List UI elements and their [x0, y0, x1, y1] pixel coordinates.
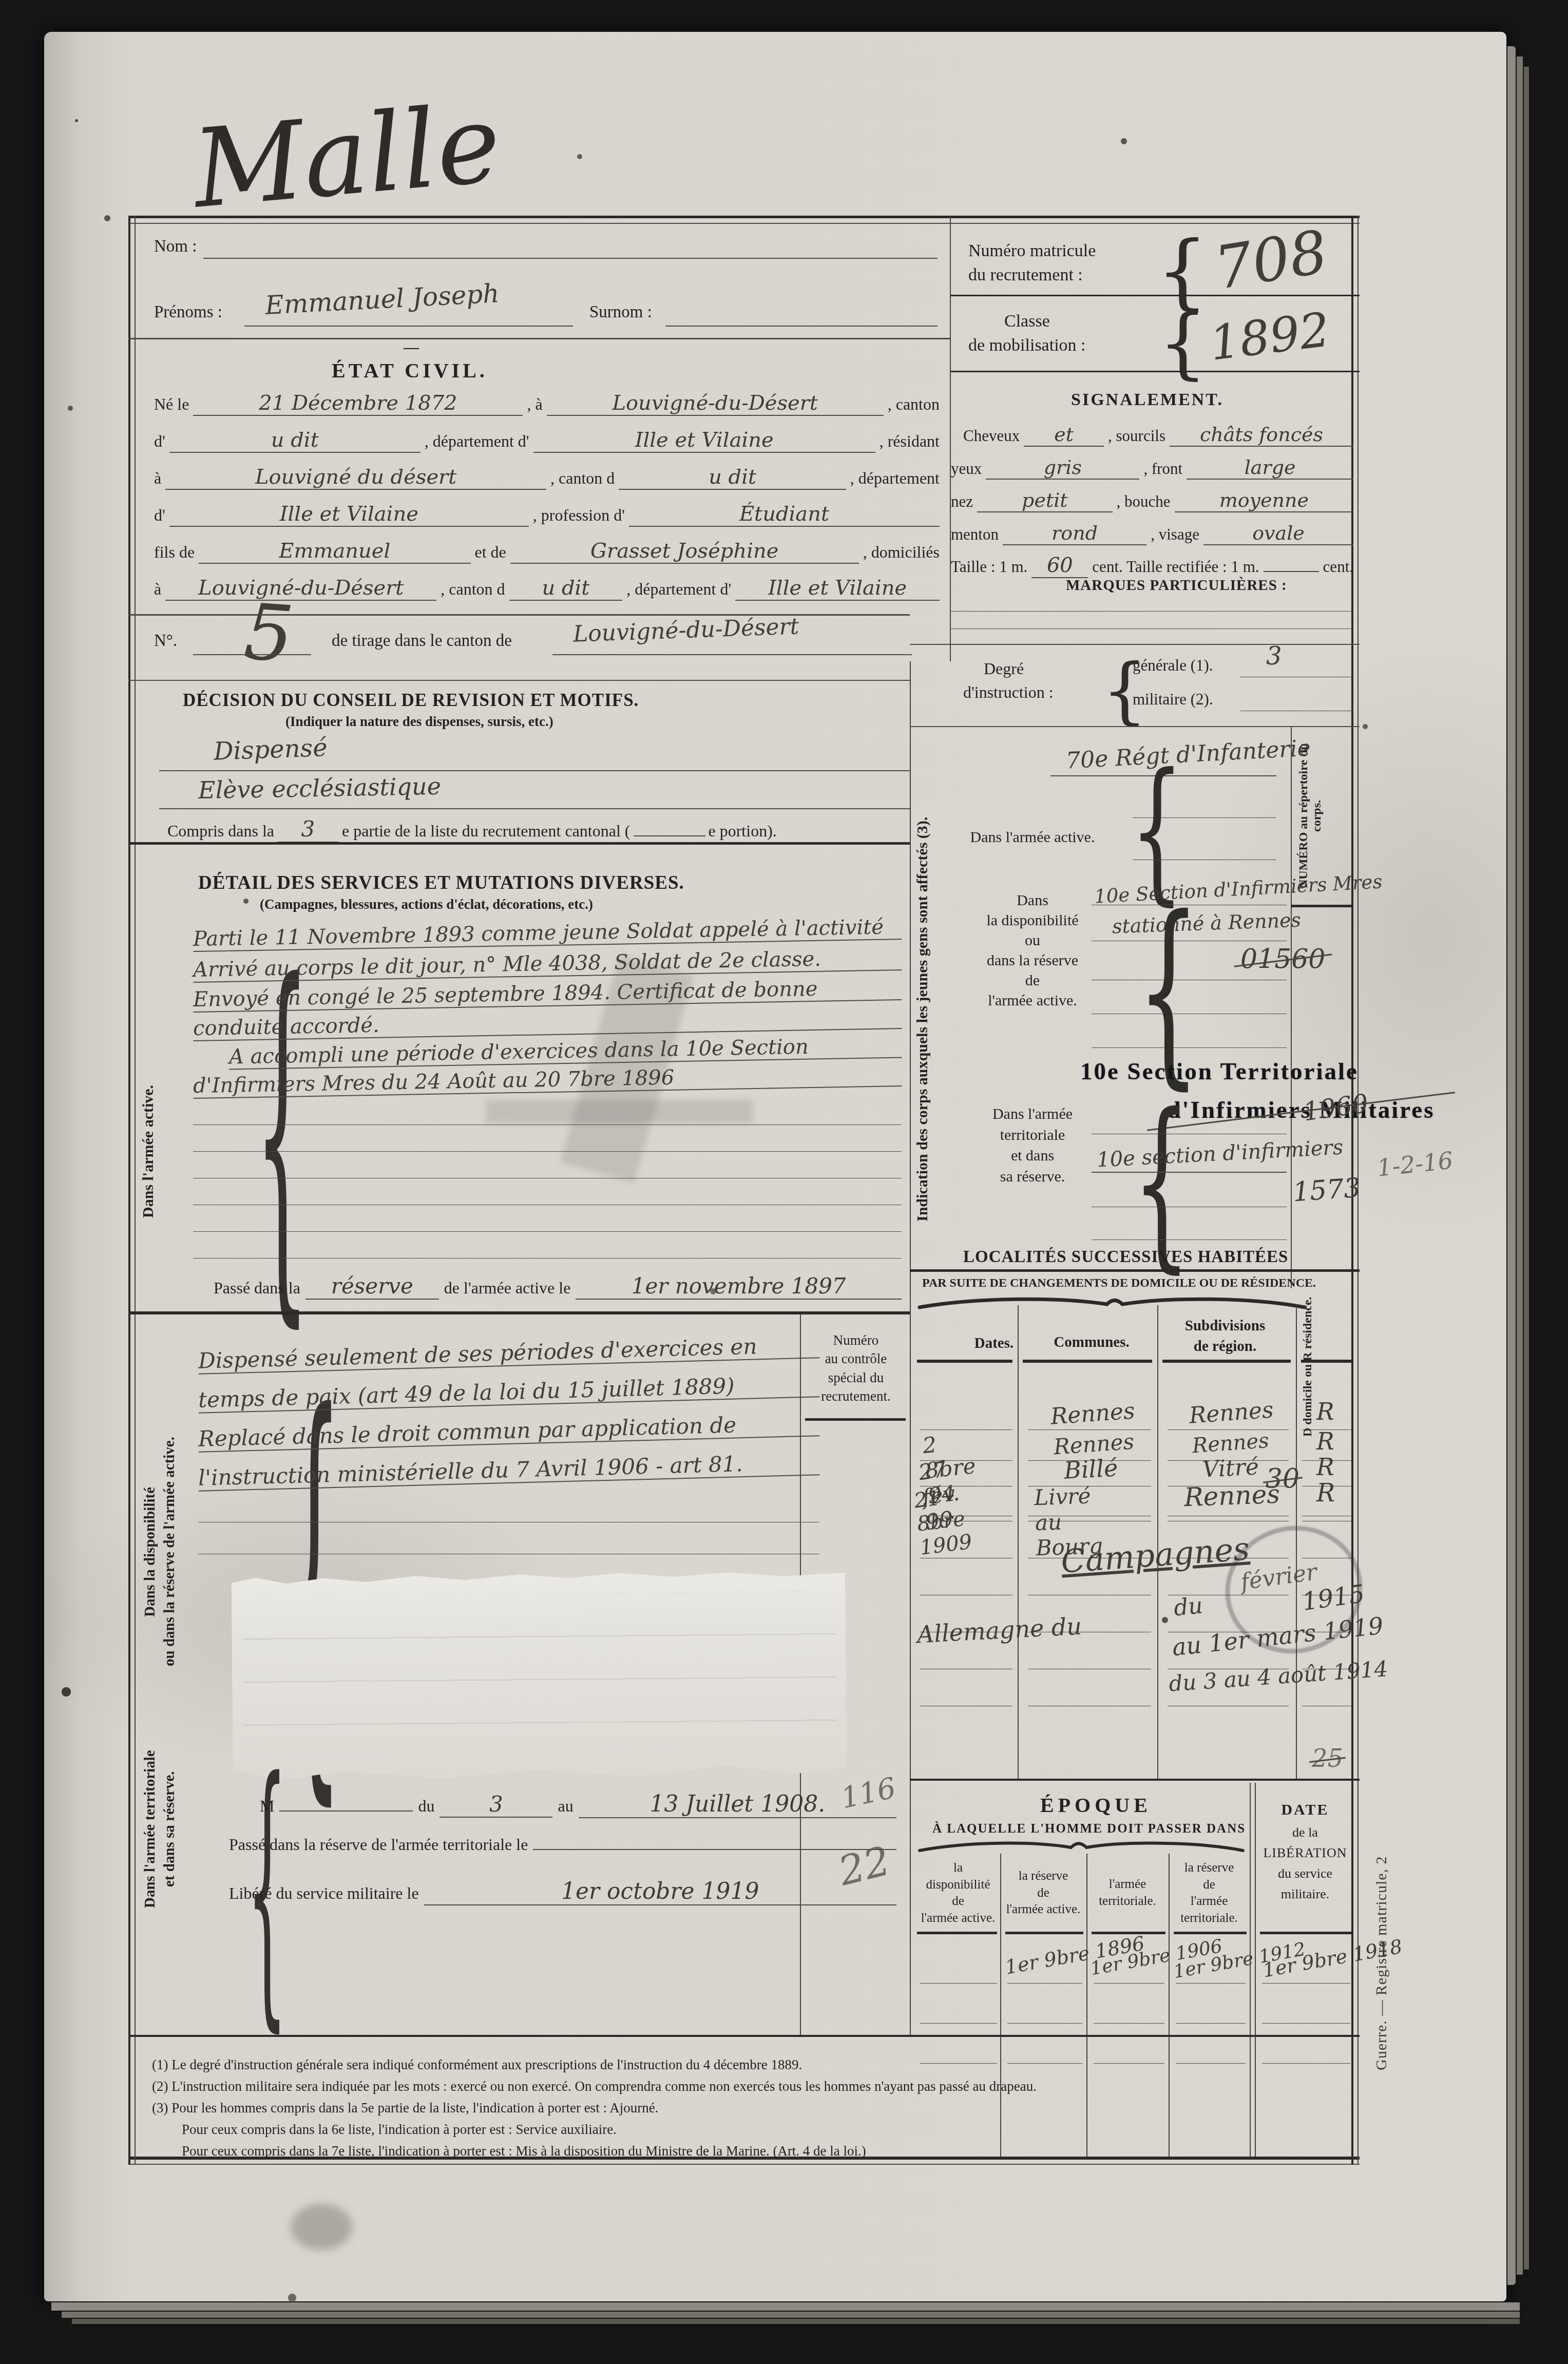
terr-entry-line — [1092, 1172, 1287, 1173]
dispo-label-0: Dans — [948, 890, 1117, 910]
repertoire-header-bar — [1291, 905, 1352, 907]
compris-b: e partie de la liste du recrutement cant… — [342, 822, 630, 841]
yeux-value: gris — [986, 456, 1139, 480]
ec-l1-b: , à — [527, 395, 542, 414]
decision-line2: Elève ecclésiastique — [198, 772, 442, 804]
svc-empty-4 — [193, 1205, 902, 1205]
ec-line1: Né le 21 Décembre 1872 , à Louvigné-du-D… — [154, 391, 940, 416]
classe-label-1: Classe — [1004, 312, 1050, 331]
ec-l5-v2: Grasset Joséphine — [510, 539, 859, 564]
ep-emp-line5 — [1262, 2023, 1350, 2024]
ep-val-line5 — [1262, 1983, 1350, 1984]
loc-empty-b1 — [920, 1558, 1012, 1558]
loc-hbar-1 — [917, 1360, 1012, 1363]
periode-blank1 — [279, 1810, 413, 1812]
decision-line1: Dispensé — [213, 733, 328, 766]
row1-dr: R — [1316, 1398, 1334, 1425]
svc-empty-3 — [193, 1178, 902, 1178]
ep-c4-3: territoriale. — [1172, 1910, 1247, 1927]
dispo-label-3: dans la réserve — [948, 950, 1117, 970]
yeux-label: yeux — [951, 460, 982, 478]
loc-empty-e2 — [1028, 1669, 1151, 1669]
territoriale-stamp-2: d'Infirmiers Militaires — [1167, 1097, 1435, 1123]
ep-v3 — [1169, 1854, 1170, 2157]
tirage-number: 5 — [241, 587, 296, 680]
ec-l4-b: , profession d' — [533, 506, 625, 525]
marques-label: MARQUES PARTICULIÈRES : — [1066, 577, 1287, 594]
dispo-label-block: Dans la disponibilité ou dans la réserve… — [948, 890, 1117, 1011]
page-edge-right-3 — [1524, 67, 1529, 2270]
ec-line3: à Louvigné du désert , canton d u dit , … — [154, 465, 940, 490]
menton-value: rond — [1003, 522, 1146, 545]
compris-c: e portion). — [709, 822, 777, 841]
dispo-empty-2 — [198, 1554, 819, 1554]
militaire-label: militaire (2). — [1133, 690, 1213, 709]
controle-h1: au contrôle — [803, 1349, 909, 1368]
row1-l3 — [1168, 1429, 1289, 1430]
decision-rule1 — [159, 770, 910, 771]
page-edge-bottom-2 — [62, 2312, 1520, 2318]
sig-row-nez: nez petit , bouche moyenne — [951, 489, 1353, 512]
epoque-header-curve — [917, 1839, 1246, 1854]
services-side-label: Dans l'armée active. — [140, 1007, 157, 1295]
frame-bottom2 — [128, 2164, 1360, 2165]
loc-hbar-2 — [1023, 1360, 1152, 1363]
compris-blank — [634, 835, 705, 836]
ec-l5-c: , domiciliés — [863, 543, 940, 562]
ec-l4-v1: Ille et Vilaine — [169, 502, 529, 527]
signalement-title: SIGNALEMENT. — [1071, 390, 1223, 410]
compris-line: Compris dans la 3 e partie de la liste d… — [167, 816, 886, 843]
page-edge-right-1 — [1507, 46, 1516, 2285]
ep-emp2-line4 — [1176, 2063, 1246, 2064]
marques-line2 — [951, 628, 1353, 629]
terr-label-2: et dans — [948, 1146, 1117, 1167]
ep-header-bar1 — [917, 1932, 997, 1934]
svc-empty-5 — [193, 1231, 902, 1232]
page-edge-bottom-1 — [51, 2302, 1520, 2311]
tirage-no-label: N°. — [154, 632, 177, 651]
footnote-1: (1) Le degré d'instruction générale sera… — [152, 2057, 802, 2073]
ep-c2-2: l'armée active. — [1003, 1901, 1083, 1918]
passe-hw: réserve — [305, 1273, 439, 1300]
terr-line1 — [1092, 1134, 1287, 1134]
row2-dr: R — [1316, 1427, 1334, 1455]
epoque-col3-header: l'armée territoriale. — [1089, 1876, 1165, 1910]
decision-subtitle: (Indiquer la nature des dispenses, sursi… — [285, 714, 553, 730]
controle-header: Numéro au contrôle spécial du recrutemen… — [803, 1331, 909, 1406]
ec-l2-b: , département d' — [425, 432, 529, 451]
loc-empty-c1 — [920, 1595, 1012, 1595]
dispo-label-2: ou — [948, 930, 1117, 950]
bouche-value: moyenne — [1175, 489, 1353, 512]
classe-value: 1892 — [1207, 302, 1332, 371]
ep-emp2-line2 — [1007, 2063, 1082, 2064]
matricule-value: 708 — [1210, 218, 1332, 303]
divider-main — [910, 661, 911, 2035]
controle-header-bar — [805, 1418, 906, 1421]
dispo-empty-1 — [198, 1522, 819, 1522]
prenoms-label: Prénoms : — [154, 303, 222, 322]
generale-line — [1240, 677, 1353, 677]
ep-emp2-line1 — [920, 2063, 997, 2064]
row1-subdiv: Rennes — [1188, 1397, 1274, 1428]
ep-c2-1: de — [1003, 1885, 1083, 1902]
services-title: DÉTAIL DES SERVICES ET MUTATIONS DIVERSE… — [198, 872, 684, 894]
ec-l3-c: , département — [850, 469, 940, 488]
marques-line1 — [951, 611, 1353, 612]
terr-side-label-1: Dans l'armée territoriale — [142, 1634, 159, 2024]
decision-title: DÉCISION DU CONSEIL DE REVISION ET MOTIF… — [183, 690, 639, 711]
ep-date-4: militaire. — [1259, 1884, 1351, 1904]
dispo-label-4: de — [948, 970, 1117, 990]
loc-empty-e1 — [920, 1669, 1012, 1669]
epoque-top-bar — [910, 1779, 1360, 1781]
ep-header-bar2 — [1005, 1932, 1083, 1934]
periode-m: M — [260, 1797, 274, 1816]
ec-line4: d' Ille et Vilaine , profession d' Étudi… — [154, 502, 940, 527]
ec-l6-v3: Ille et Vilaine — [735, 576, 940, 601]
degre-label-2: d'instruction : — [963, 683, 1054, 702]
matricule-label-2: du recrutement : — [968, 265, 1083, 285]
page-edge-bottom-3 — [72, 2319, 1520, 2324]
degre-bottom-rule — [910, 726, 1360, 727]
front-label: , front — [1143, 460, 1182, 478]
active-entry: 70e Régt d'Infanterie — [1065, 735, 1311, 774]
margin-imprint: Guerre. — Registre matricule, 2 — [1373, 1793, 1390, 2070]
surname-signature: Malle — [188, 80, 505, 232]
terr-margin-note: 1-2-16 — [1376, 1146, 1455, 1181]
localites-header-curve — [917, 1295, 1307, 1310]
nom-label: Nom : — [154, 237, 197, 256]
prenoms-value: Emmanuel Joseph — [264, 278, 500, 320]
sourcils-label: , sourcils — [1108, 427, 1165, 445]
services-subtitle: (Campagnes, blessures, actions d'éclat, … — [260, 897, 593, 912]
localites-subtitle: PAR SUITE DE CHANGEMENTS DE DOMICILE OU … — [922, 1276, 1316, 1290]
controle-h2: spécial du — [803, 1368, 909, 1387]
frame-left2 — [135, 216, 136, 2165]
tirage-mid: de tirage dans le canton de — [332, 632, 512, 651]
svc-empty-2 — [193, 1151, 902, 1152]
tirage-line2 — [552, 654, 912, 655]
terr-label-0: Dans l'armée — [948, 1104, 1117, 1125]
epoque-col4-header: la réserve de l'armée territoriale. — [1172, 1860, 1247, 1927]
epoque-col1-header: la disponibilité de l'armée active. — [917, 1860, 999, 1927]
ep-c1-1: disponibilité — [917, 1877, 999, 1894]
nom-block-bottom — [128, 338, 950, 339]
periode-au: au — [558, 1797, 573, 1816]
controle-h0: Numéro — [803, 1331, 909, 1349]
ep-v4 — [1250, 1783, 1251, 2157]
militaire-line — [1240, 711, 1353, 711]
ep-c1-0: la — [917, 1860, 999, 1877]
campagnes-du: du — [1172, 1592, 1204, 1622]
dispo-num: 01560 — [1240, 944, 1325, 975]
visage-value: ovale — [1203, 522, 1353, 545]
ep-date-2: LIBÉRATION — [1259, 1843, 1351, 1863]
row3-subdiv: Vitré — [1202, 1454, 1259, 1483]
decision-rule2 — [159, 808, 910, 809]
ep-c3-1: territoriale. — [1089, 1893, 1165, 1910]
ep-v4b — [1255, 1783, 1256, 2157]
loc-hbar-3 — [1162, 1360, 1291, 1363]
menton-label: menton — [951, 525, 999, 544]
ec-line2: d' u dit , département d' Ille et Vilain… — [154, 428, 940, 453]
ep-c1-3: l'armée active. — [917, 1910, 999, 1927]
ec-l6-c: , département d' — [626, 580, 731, 599]
ep-emp-line3 — [1094, 2023, 1164, 2024]
passe-terr-label: Passé dans la réserve de l'armée territo… — [229, 1835, 528, 1854]
ec-l3-v2: u dit — [619, 465, 846, 490]
sig-row-cheveux: Cheveux et , sourcils châts foncés — [963, 423, 1353, 447]
frame-left — [128, 216, 130, 2165]
front-value: large — [1187, 456, 1353, 480]
loc-empty-a2 — [1028, 1521, 1151, 1521]
ec-l4-a: d' — [154, 506, 165, 525]
footnotes-top-bar — [128, 2035, 1360, 2037]
epoque-col2-header: la réserve de l'armée active. — [1003, 1868, 1083, 1918]
libere-label: Libéré du service militaire le — [229, 1884, 419, 1903]
ep-c1-2: de — [917, 1893, 999, 1910]
passe-date: 1er novembre 1897 — [576, 1273, 902, 1300]
bouche-label: , bouche — [1117, 492, 1171, 511]
localites-title: LOCALITÉS SUCCESSIVES HABITÉES — [963, 1248, 1288, 1267]
tirage-canton: Louvigné-du-Désert — [572, 613, 799, 647]
ec-l3-b: , canton d — [550, 469, 615, 488]
terr-label-1: territoriale — [948, 1125, 1117, 1146]
loc-empty-c2 — [1028, 1595, 1151, 1595]
periode-line: M du 3 au 13 Juillet 1908. — [260, 1791, 896, 1818]
loc-empty-f1 — [920, 1706, 1012, 1706]
terr-side-label-2: et dans sa réserve. — [161, 1634, 178, 2024]
services-bottom-bar — [128, 1311, 910, 1314]
repertoire-col-left — [1291, 726, 1292, 1288]
passe-terr-line: Passé dans la réserve de l'armée territo… — [229, 1835, 896, 1854]
classe-brace: { — [1158, 299, 1207, 388]
ep-emp-line4 — [1176, 2023, 1246, 2024]
row4-subdiv: Rennes — [1183, 1479, 1280, 1512]
decision-bottom-bar — [128, 842, 910, 845]
ep-val-line2 — [1007, 1983, 1082, 1984]
periode-du: du — [418, 1797, 434, 1816]
row3-commune: Billé — [1063, 1454, 1119, 1484]
controle-h3: recrutement. — [803, 1387, 909, 1405]
row3-dr: R — [1316, 1453, 1334, 1481]
footnote-3: (3) Pour les hommes compris dans la 5e p… — [152, 2100, 658, 2116]
row4-l4 — [1302, 1516, 1351, 1516]
ec-l3-a: à — [154, 469, 161, 488]
ep-c2-0: la réserve — [1003, 1868, 1083, 1885]
ec-l6-v1: Louvigné-du-Désert — [165, 576, 436, 601]
ec-l2-v2: Ille et Vilaine — [533, 428, 875, 453]
localites-col-subdiv-2: de région. — [1163, 1338, 1287, 1355]
ec-l5-v1: Emmanuel — [199, 539, 470, 564]
svc-empty-6 — [193, 1258, 902, 1259]
ec-l6-v2: u dit — [509, 576, 623, 601]
campagnes-left: Allemagne du — [916, 1612, 1082, 1649]
surnom-line — [665, 326, 938, 327]
active-label: Dans l'armée active. — [948, 829, 1117, 846]
territoriale-label-block: Dans l'armée territoriale et dans sa rés… — [948, 1104, 1117, 1187]
passe-b: de l'armée active le — [444, 1279, 571, 1298]
nez-value: petit — [977, 489, 1113, 512]
taille-label: Taille : 1 m. — [951, 558, 1027, 576]
classe-rule — [951, 371, 1360, 372]
controle-v2: 25 — [1312, 1744, 1343, 1773]
compris-value: 3 — [277, 816, 339, 843]
affectation-bottom-bar — [910, 1269, 1360, 1272]
cheveux-label: Cheveux — [963, 427, 1020, 445]
ep-v1 — [1000, 1854, 1001, 2157]
ec-l3-v1: Louvigné du désert — [165, 465, 546, 490]
loc-empty-f4 — [1302, 1706, 1351, 1706]
footnote-5: Pour ceux compris dans la 7e liste, l'in… — [182, 2143, 866, 2159]
affectation-side-label: Indication des corps auxquels les jeunes… — [914, 738, 931, 1300]
ec-l6-b: , canton d — [441, 580, 505, 599]
taille-value: 60 — [1031, 554, 1088, 578]
sig-row-taille: Taille : 1 m. 60 cent. Taille rectifiée … — [951, 554, 1353, 578]
loc-empty-f2 — [1028, 1706, 1151, 1706]
ep-c3-0: l'armée — [1089, 1876, 1165, 1893]
epoque-title: ÉPOQUE — [1040, 1793, 1152, 1817]
compris-a: Compris dans la — [167, 822, 274, 841]
ep-emp-line2 — [1007, 2023, 1082, 2024]
sig-row-menton: menton rond , visage ovale — [951, 522, 1353, 545]
loc-empty-a3 — [1168, 1521, 1289, 1521]
ep-v2 — [1086, 1854, 1087, 2157]
ep-val-line4 — [1176, 1983, 1246, 1984]
ep-date-0: DATE — [1259, 1798, 1351, 1822]
tirage-line1 — [193, 654, 311, 655]
prenoms-line — [244, 326, 573, 327]
tirage-bottom — [128, 680, 910, 681]
etat-civil-title: ÉTAT CIVIL. — [332, 358, 488, 383]
taille-rect-blank — [1264, 571, 1319, 572]
passe-terr-blank — [533, 1849, 896, 1850]
ep-val-line3 — [1094, 1983, 1164, 1984]
ec-l2-v1: u dit — [169, 428, 420, 453]
classe-label-2: de mobilisation : — [968, 336, 1086, 355]
ep-c4-0: la réserve — [1172, 1860, 1247, 1877]
taille-cent: cent. — [1323, 558, 1353, 576]
ec-l1-a: Né le — [154, 395, 189, 414]
ep-header-bar5 — [1260, 1932, 1352, 1934]
nom-line — [203, 258, 938, 259]
localites-col-dates: Dates. — [948, 1335, 1040, 1352]
row4-l3 — [1168, 1516, 1289, 1516]
ep-val-line1 — [920, 1983, 997, 1984]
sig-bottom-rule — [910, 644, 1360, 645]
ep-emp2-line3 — [1094, 2063, 1164, 2064]
matricule-rule — [951, 295, 1360, 296]
ec-l5-a: fils de — [154, 543, 195, 562]
pasted-correction-slip — [231, 1571, 847, 1780]
ec-l5-b: et de — [475, 543, 506, 562]
ep-header-bar4 — [1174, 1932, 1247, 1934]
generale-value: 3 — [1266, 642, 1282, 671]
periode-v2: 13 Juillet 1908. — [579, 1791, 896, 1818]
page-edge-right-2 — [1517, 56, 1523, 2275]
footnote-2: (2) L'instruction militaire sera indiqué… — [152, 2079, 1037, 2094]
degre-label-1: Degré — [984, 659, 1024, 678]
paper-specks — [75, 119, 78, 122]
stain — [291, 2204, 352, 2250]
ep-date-3: du service — [1259, 1863, 1351, 1884]
dispo-label-1: la disponibilité — [948, 910, 1117, 930]
cheveux-value: et — [1024, 423, 1104, 447]
terr-label-3: sa réserve. — [948, 1167, 1117, 1188]
terr-line3 — [1092, 1207, 1287, 1207]
taille-rect-label: cent. Taille rectifiée : 1 m. — [1092, 558, 1259, 576]
ec-l2-a: d' — [154, 432, 165, 451]
ec-l2-c: , résidant — [879, 432, 940, 451]
divider-name-matricule — [950, 216, 951, 661]
generale-label: générale (1). — [1133, 656, 1213, 675]
ep-date-1: de la — [1259, 1822, 1351, 1843]
loc-empty-f3 — [1168, 1706, 1289, 1706]
ep-c4-2: l'armée — [1172, 1893, 1247, 1910]
campagnes-autre: du 3 au 4 août 1914 — [1168, 1656, 1389, 1696]
row1-commune: Rennes — [1049, 1398, 1136, 1429]
register-page: Malle Nom : Prénoms : Emmanuel Joseph Su… — [44, 32, 1506, 2301]
loc-empty-a1 — [920, 1521, 1012, 1521]
ec-l1-v2: Louvigné-du-Désert — [547, 391, 884, 416]
ec-l1-c: , canton — [888, 395, 940, 414]
sourcils-value: châts foncés — [1170, 423, 1353, 447]
sig-row-yeux: yeux gris , front large — [951, 456, 1353, 480]
ec-l4-v2: Étudiant — [629, 502, 940, 527]
periode-v1: 3 — [439, 1791, 552, 1818]
localites-col-communes: Communes. — [1030, 1334, 1153, 1351]
libere-line: Libéré du service militaire le 1er octob… — [229, 1878, 896, 1905]
epoque-date-header: DATE de la LIBÉRATION du service militai… — [1259, 1798, 1351, 1905]
localites-col-subdiv-1: Subdivisions — [1163, 1318, 1287, 1334]
nez-label: nez — [951, 492, 973, 511]
visage-label: , visage — [1151, 525, 1199, 544]
loc-empty-a4 — [1302, 1521, 1351, 1521]
row4-l2 — [1028, 1516, 1151, 1516]
territoriale-stamp-1: 10e Section Territoriale — [1080, 1058, 1359, 1085]
ep-emp-line1 — [920, 2023, 997, 2024]
ec-l6-a: à — [154, 580, 161, 599]
slip-ruled-lines — [242, 1591, 837, 1765]
loc-v1 — [1018, 1305, 1019, 1779]
dispo-label-5: l'armée active. — [948, 990, 1117, 1011]
ec-l1-v1: 21 Décembre 1872 — [193, 391, 523, 416]
ep-emp2-line5 — [1262, 2063, 1350, 2064]
row4-date: 21 8bre 1909 — [913, 1483, 973, 1559]
terr-num: 1573 — [1292, 1172, 1362, 1208]
row4-dr: R — [1316, 1479, 1335, 1508]
active-line3 — [1133, 860, 1276, 860]
passe-a: Passé dans la — [214, 1279, 300, 1298]
footnote-4: Pour ceux compris dans la 6e liste, l'in… — [182, 2122, 617, 2138]
etat-civil-dash: — — [404, 339, 419, 356]
epoque-subtitle: À LAQUELLE L'HOMME DOIT PASSER DANS — [932, 1822, 1246, 1836]
matricule-label-1: Numéro matricule — [968, 241, 1096, 261]
row4-l1 — [920, 1516, 1012, 1516]
svc-empty-1 — [193, 1124, 902, 1125]
terr-line4 — [1092, 1240, 1287, 1240]
surnom-label: Surnom : — [589, 303, 652, 322]
passe-reserve-line: Passé dans la réserve de l'armée active … — [214, 1273, 902, 1300]
libere-date: 1er octobre 1919 — [424, 1878, 896, 1905]
ep-c4-1: de — [1172, 1877, 1247, 1894]
ec-line5: fils de Emmanuel et de Grasset Joséphine… — [154, 539, 940, 564]
ink-bleed — [486, 1100, 753, 1123]
loc-hbar-4 — [1301, 1360, 1352, 1363]
